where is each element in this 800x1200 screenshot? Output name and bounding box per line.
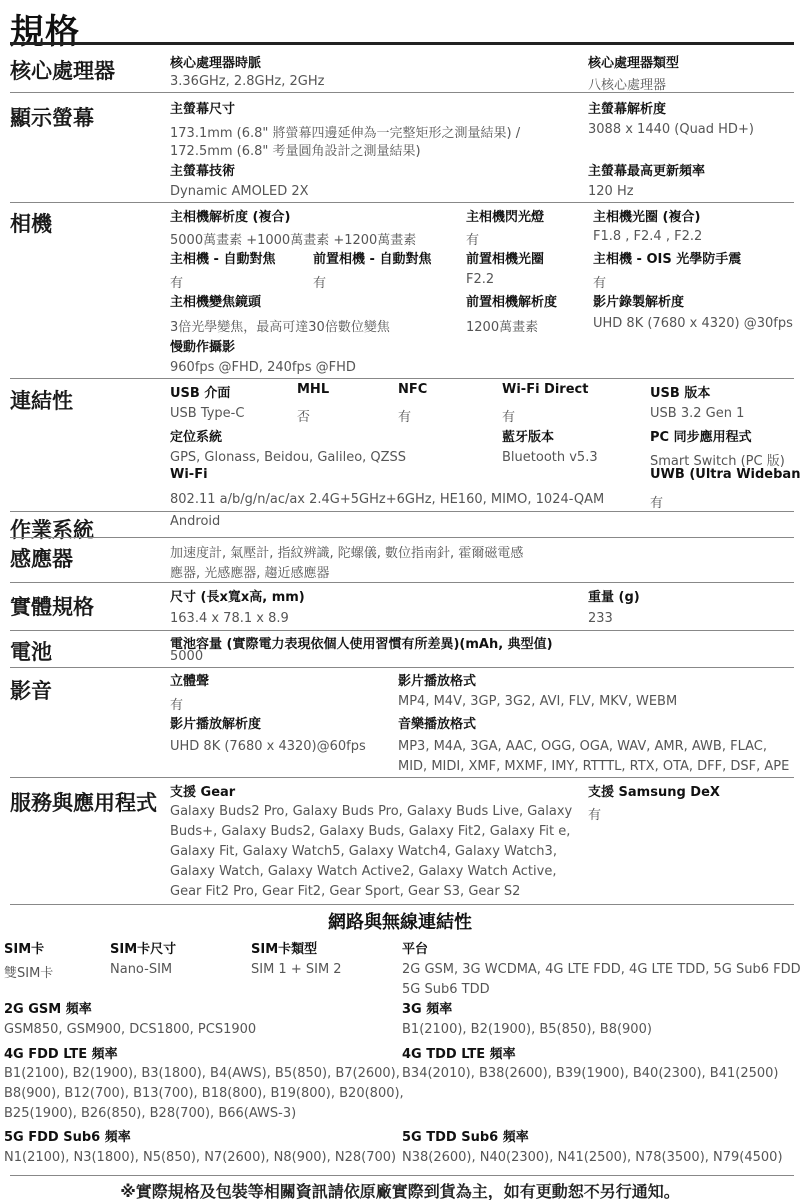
display-refresh-value: 120 Hz [588, 184, 634, 199]
gear-support-line: Galaxy Buds2 Pro, Galaxy Buds Pro, Galax… [170, 804, 572, 819]
camera-main-aperture-value: F1.8 , F2.4 , F2.2 [593, 229, 702, 244]
platform-value-1: 2G GSM, 3G WCDMA, 4G LTE FDD, 4G LTE TDD… [402, 962, 800, 977]
sensors-value-2: 應器, 光感應器, 趨近感應器 [170, 562, 330, 581]
footer-note: ※實際規格及包裝等相關資訊請依原廠實際到貨為主，如有更動恕不另行通知。 [0, 1179, 800, 1200]
camera-main-res-label: 主相機解析度 (複合) [170, 206, 290, 225]
pc-sync-label: PC 同步應用程式 [650, 426, 752, 445]
3g-value: B1(2100), B2(1900), B5(850), B8(900) [402, 1022, 652, 1037]
sensors-value-1: 加速度計, 氣壓計, 指紋辨識, 陀螺儀, 數位指南針, 霍爾磁電感 [170, 542, 523, 561]
category-cpu: 核心處理器 [10, 55, 115, 85]
3g-label: 3G 頻率 [402, 998, 452, 1017]
divider [10, 904, 794, 905]
camera-main-af-value: 有 [170, 272, 183, 291]
platform-label: 平台 [402, 938, 428, 957]
wifi-direct-label: Wi-Fi Direct [502, 382, 588, 397]
gsm-value: GSM850, GSM900, DCS1800, PCS1900 [4, 1022, 256, 1037]
5g-fdd-value: N1(2100), N3(1800), N5(850), N7(2600), N… [4, 1150, 396, 1165]
display-resolution-value: 3088 x 1440 (Quad HD+) [588, 122, 754, 137]
tdd-lte-value: B34(2010), B38(2600), B39(1900), B40(230… [402, 1066, 779, 1081]
camera-video-res-label: 影片錄製解析度 [593, 291, 684, 310]
category-display: 顯示螢幕 [10, 102, 94, 132]
cpu-speed-value: 3.36GHz, 2.8GHz, 2GHz [170, 74, 324, 89]
cpu-type-value: 八核心處理器 [588, 74, 666, 93]
gear-support-line: Galaxy Watch, Galaxy Watch Active2, Gala… [170, 864, 556, 879]
gear-support-line: Galaxy Fit, Galaxy Watch5, Galaxy Watch4… [170, 844, 557, 859]
fdd-lte-line: B25(1900), B26(850), B28(700), B66(AWS-3… [4, 1106, 296, 1121]
5g-tdd-label: 5G TDD Sub6 頻率 [402, 1126, 529, 1145]
stereo-value: 有 [170, 694, 183, 713]
weight-label: 重量 (g) [588, 586, 640, 605]
display-tech-value: Dynamic AMOLED 2X [170, 184, 309, 199]
divider [10, 537, 794, 538]
nfc-value: 有 [398, 406, 411, 425]
divider [10, 378, 794, 379]
dimensions-label: 尺寸 (長x寬x高, mm) [170, 586, 305, 605]
dex-support-label: 支援 Samsung DeX [588, 781, 720, 800]
camera-front-res-label: 前置相機解析度 [466, 291, 557, 310]
usb-version-value: USB 3.2 Gen 1 [650, 406, 744, 421]
camera-flash-label: 主相機閃光燈 [466, 206, 544, 225]
gear-support-line: Gear Fit2 Pro, Gear Fit2, Gear Sport, Ge… [170, 884, 520, 899]
divider [10, 92, 794, 93]
video-format-label: 影片播放格式 [398, 670, 476, 689]
usb-interface-label: USB 介面 [170, 382, 230, 401]
divider [10, 777, 794, 778]
category-os: 作業系統 [10, 514, 94, 544]
camera-front-af-label: 前置相機 - 自動對焦 [313, 248, 431, 267]
gps-label: 定位系統 [170, 426, 222, 445]
category-sensors: 感應器 [10, 543, 73, 573]
uwb-label: UWB (Ultra Wideband) [650, 467, 800, 482]
weight-value: 233 [588, 611, 613, 626]
dex-support-value: 有 [588, 804, 601, 823]
category-av: 影音 [10, 675, 52, 705]
fdd-lte-line: B8(900), B12(700), B13(700), B18(800), B… [4, 1086, 404, 1101]
wifi-label: Wi-Fi [170, 467, 208, 482]
camera-front-aperture-value: F2.2 [466, 272, 494, 287]
sim-size-value: Nano-SIM [110, 962, 172, 977]
camera-zoom-value: 3倍光學變焦，最高可達30倍數位變焦 [170, 316, 390, 335]
fdd-lte-label: 4G FDD LTE 頻率 [4, 1043, 118, 1062]
battery-label: 電池容量 (實際電力表現依個人使用習慣有所差異)(mAh, 典型值) [170, 633, 553, 652]
camera-front-aperture-label: 前置相機光圈 [466, 248, 544, 267]
gear-support-label: 支援 Gear [170, 781, 235, 800]
5g-tdd-value: N38(2600), N40(2300), N41(2500), N78(350… [402, 1150, 783, 1165]
gear-support-line: Buds+, Galaxy Buds2, Galaxy Buds, Galaxy… [170, 824, 570, 839]
display-refresh-label: 主螢幕最高更新頻率 [588, 160, 705, 179]
bluetooth-label: 藍牙版本 [502, 426, 554, 445]
sim-size-label: SIM卡尺寸 [110, 938, 176, 957]
title-divider [10, 42, 794, 45]
audio-format-value-1: MP3, M4A, 3GA, AAC, OGG, OGA, WAV, AMR, … [398, 739, 767, 754]
display-size-label: 主螢幕尺寸 [170, 98, 235, 117]
camera-zoom-label: 主相機變焦鏡頭 [170, 291, 261, 310]
video-playback-res-label: 影片播放解析度 [170, 713, 261, 732]
camera-flash-value: 有 [466, 229, 479, 248]
category-services: 服務與應用程式 [10, 787, 157, 817]
gps-value: GPS, Glonass, Beidou, Galileo, QZSS [170, 450, 406, 465]
5g-fdd-label: 5G FDD Sub6 頻率 [4, 1126, 131, 1145]
wifi-direct-value: 有 [502, 406, 515, 425]
camera-slowmo-value: 960fps @FHD, 240fps @FHD [170, 360, 356, 375]
mhl-value: 否 [297, 406, 310, 425]
page-title: 規格 [10, 4, 80, 53]
display-size-value-1: 173.1mm (6.8" 將螢幕四邊延伸為一完整矩形之測量結果) / [170, 122, 520, 141]
stereo-label: 立體聲 [170, 670, 209, 689]
platform-value-2: 5G Sub6 TDD [402, 982, 490, 997]
display-tech-label: 主螢幕技術 [170, 160, 235, 179]
divider [10, 667, 794, 668]
nfc-label: NFC [398, 382, 427, 397]
cpu-type-label: 核心處理器類型 [588, 52, 679, 71]
divider [10, 511, 794, 512]
category-battery: 電池 [10, 636, 52, 666]
camera-front-af-value: 有 [313, 272, 326, 291]
sim-label: SIM卡 [4, 938, 44, 957]
camera-slowmo-label: 慢動作攝影 [170, 336, 235, 355]
divider [10, 1175, 794, 1176]
network-section-title: 網路與無線連結性 [0, 908, 800, 934]
audio-format-value-2: MID, MIDI, XMF, MXMF, IMY, RTTTL, RTX, O… [398, 759, 789, 774]
sim-value: 雙SIM卡 [4, 962, 53, 981]
camera-ois-value: 有 [593, 272, 606, 291]
category-camera: 相機 [10, 208, 52, 238]
divider [10, 630, 794, 631]
category-physical: 實體規格 [10, 591, 94, 621]
battery-value: 5000 [170, 649, 203, 664]
tdd-lte-label: 4G TDD LTE 頻率 [402, 1043, 516, 1062]
video-format-value: MP4, M4V, 3GP, 3G2, AVI, FLV, MKV, WEBM [398, 694, 677, 709]
os-value: Android [170, 514, 220, 529]
camera-front-res-value: 1200萬畫素 [466, 316, 538, 335]
camera-main-aperture-label: 主相機光圈 (複合) [593, 206, 700, 225]
bluetooth-value: Bluetooth v5.3 [502, 450, 598, 465]
mhl-label: MHL [297, 382, 329, 397]
sim-type-value: SIM 1 + SIM 2 [251, 962, 342, 977]
camera-video-res-value: UHD 8K (7680 x 4320) @30fps [593, 316, 793, 331]
video-playback-res-value: UHD 8K (7680 x 4320)@60fps [170, 739, 366, 754]
camera-main-af-label: 主相機 - 自動對焦 [170, 248, 275, 267]
gsm-label: 2G GSM 頻率 [4, 998, 92, 1017]
dimensions-value: 163.4 x 78.1 x 8.9 [170, 611, 289, 626]
display-resolution-label: 主螢幕解析度 [588, 98, 666, 117]
cpu-speed-label: 核心處理器時脈 [170, 52, 261, 71]
audio-format-label: 音樂播放格式 [398, 713, 476, 732]
usb-version-label: USB 版本 [650, 382, 710, 401]
divider [10, 202, 794, 203]
camera-ois-label: 主相機 - OIS 光學防手震 [593, 248, 741, 267]
usb-interface-value: USB Type-C [170, 406, 244, 421]
sim-type-label: SIM卡類型 [251, 938, 317, 957]
fdd-lte-line: B1(2100), B2(1900), B3(1800), B4(AWS), B… [4, 1066, 400, 1081]
display-size-value-2: 172.5mm (6.8" 考量圓角設計之測量結果) [170, 140, 421, 159]
category-connectivity: 連結性 [10, 385, 73, 415]
camera-main-res-value: 5000萬畫素 +1000萬畫素 +1200萬畫素 [170, 229, 416, 248]
uwb-value: 有 [650, 492, 663, 511]
wifi-value: 802.11 a/b/g/n/ac/ax 2.4G+5GHz+6GHz, HE1… [170, 492, 604, 507]
divider [10, 582, 794, 583]
